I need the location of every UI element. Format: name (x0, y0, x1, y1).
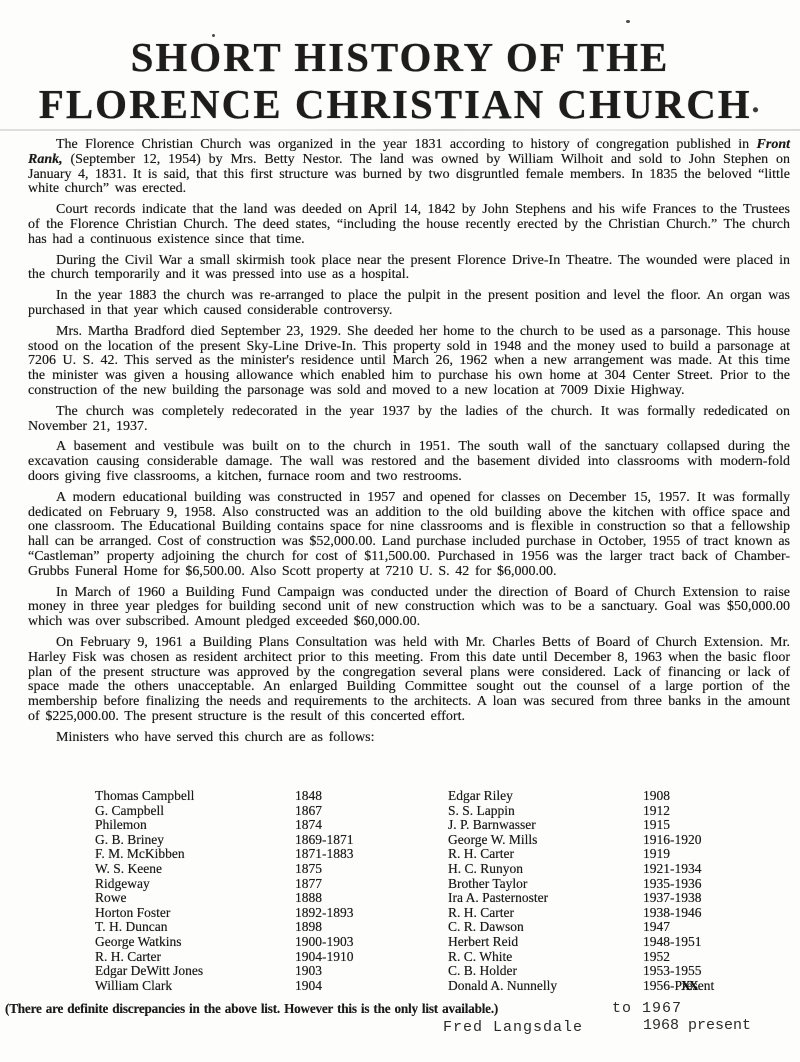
history-text: The Florence Christian Church was organi… (28, 138, 790, 747)
minister-name: R. H. Carter (95, 950, 295, 965)
title-line-2-text: FLORENCE CHRISTIAN CHURCH (39, 81, 752, 127)
minister-name: G. B. Briney (95, 833, 295, 848)
typed-addendum-years: 1968 present (643, 1017, 751, 1034)
minister-name: Horton Foster (95, 906, 295, 921)
minister-years: 1947 (643, 920, 795, 935)
paragraph-1-end: (September 12, 1954) by Mrs. Betty Nesto… (28, 152, 790, 197)
minister-years: 1898 (295, 920, 448, 935)
minister-name: S. S. Lappin (448, 804, 643, 819)
minister-years: 1904 (295, 979, 448, 994)
minister-name: R. C. White (448, 950, 643, 965)
minister-name: Ira A. Pasternoster (448, 891, 643, 906)
minister-row: F. M. McKibben1871-1883 (95, 847, 448, 862)
minister-years-overstruck: 1956-PresXXent (643, 979, 795, 994)
minister-name: George Watkins (95, 935, 295, 950)
minister-row: R. H. Carter1938-1946 (448, 906, 795, 921)
minister-row: G. Campbell1867 (95, 804, 448, 819)
paragraph-7: A basement and vestibule was built on to… (28, 440, 790, 484)
minister-years: 1948-1951 (643, 935, 795, 950)
minister-name: Rowe (95, 891, 295, 906)
footer: (There are definite discrepancies in the… (0, 999, 800, 1059)
paragraph-10: On February 9, 1961 a Building Plans Con… (28, 636, 790, 725)
typed-addendum-to-1967: to 1967 (612, 1000, 682, 1017)
minister-name: T. H. Duncan (95, 920, 295, 935)
minister-row: R. H. Carter1919 (448, 847, 795, 862)
paragraph-8: A modern educational building was constr… (28, 491, 790, 580)
minister-row: Rowe1888 (95, 891, 448, 906)
document-page: SHORT HISTORY OF THE FLORENCE CHRISTIAN … (0, 0, 800, 1062)
minister-name: Edgar DeWitt Jones (95, 964, 295, 979)
minister-row: J. P. Barnwasser1915 (448, 818, 795, 833)
minister-name: J. P. Barnwasser (448, 818, 643, 833)
minister-years: 1921-1934 (643, 862, 795, 877)
minister-name: G. Campbell (95, 804, 295, 819)
minister-years: 1908 (643, 789, 795, 804)
minister-row: H. C. Runyon1921-1934 (448, 862, 795, 877)
minister-row: G. B. Briney1869-1871 (95, 833, 448, 848)
scan-speck (626, 20, 630, 23)
paragraph-6: The church was completely redecorated in… (28, 405, 790, 435)
paragraph-9: In March of 1960 a Building Fund Campaig… (28, 586, 790, 630)
minister-name: C. R. Dawson (448, 920, 643, 935)
paragraph-2: Court records indicate that the land was… (28, 203, 790, 247)
minister-name: Philemon (95, 818, 295, 833)
minister-years: 1877 (295, 877, 448, 892)
ministers-intro: Ministers who have served this church ar… (28, 731, 790, 746)
clipping-edge-line (0, 129, 800, 131)
minister-name: R. H. Carter (448, 906, 643, 921)
minister-row: T. H. Duncan1898 (95, 920, 448, 935)
year-suffix: ent (698, 978, 715, 993)
minister-years: 1952 (643, 950, 795, 965)
year-prefix: 1956-P (643, 978, 682, 993)
minister-name: Donald A. Nunnelly (448, 979, 643, 994)
minister-years: 1848 (295, 789, 448, 804)
minister-years: 1874 (295, 818, 448, 833)
minister-row: Edgar DeWitt Jones1903 (95, 964, 448, 979)
minister-years: 1892-1893 (295, 906, 448, 921)
minister-years: 1916-1920 (643, 833, 795, 848)
typed-addendum-minister-name: Fred Langsdale (443, 1019, 583, 1036)
overtyped-x-marks: XX (681, 979, 697, 994)
scan-speck (212, 34, 215, 37)
minister-row: Herbert Reid1948-1951 (448, 935, 795, 950)
ministers-column-left: Thomas Campbell1848 G. Campbell1867 Phil… (95, 789, 448, 993)
minister-years: 1937-1938 (643, 891, 795, 906)
minister-years: 1875 (295, 862, 448, 877)
discrepancy-note: (There are definite discrepancies in the… (5, 1001, 498, 1017)
minister-row: Ira A. Pasternoster1937-1938 (448, 891, 795, 906)
minister-years: 1938-1946 (643, 906, 795, 921)
minister-years: 1900-1903 (295, 935, 448, 950)
minister-years: 1869-1871 (295, 833, 448, 848)
minister-row: C. B. Holder1953-1955 (448, 964, 795, 979)
minister-years: 1867 (295, 804, 448, 819)
overstrike-correction: resXX (682, 979, 698, 994)
minister-name: Brother Taylor (448, 877, 643, 892)
title-period: . (752, 86, 762, 119)
minister-row: Horton Foster1892-1893 (95, 906, 448, 921)
minister-years: 1903 (295, 964, 448, 979)
minister-years: 1912 (643, 804, 795, 819)
ministers-list: Thomas Campbell1848 G. Campbell1867 Phil… (95, 789, 795, 993)
paragraph-1: The Florence Christian Church was organi… (28, 138, 790, 197)
paragraph-3: During the Civil War a small skirmish to… (28, 254, 790, 284)
minister-row: Brother Taylor1935-1936 (448, 877, 795, 892)
minister-years: 1919 (643, 847, 795, 862)
minister-row: R. H. Carter1904-1910 (95, 950, 448, 965)
title-line-2: FLORENCE CHRISTIAN CHURCH. (0, 80, 800, 127)
minister-row-current: Donald A. Nunnelly1956-PresXXent (448, 979, 795, 994)
minister-row: Thomas Campbell1848 (95, 789, 448, 804)
minister-name: Thomas Campbell (95, 789, 295, 804)
minister-row: C. R. Dawson1947 (448, 920, 795, 935)
paragraph-5: Mrs. Martha Bradford died September 23, … (28, 325, 790, 399)
minister-name: W. S. Keene (95, 862, 295, 877)
page-title: SHORT HISTORY OF THE FLORENCE CHRISTIAN … (0, 0, 800, 127)
minister-name: William Clark (95, 979, 295, 994)
minister-name: George W. Mills (448, 833, 643, 848)
minister-name: R. H. Carter (448, 847, 643, 862)
ministers-column-right: Edgar Riley1908 S. S. Lappin1912 J. P. B… (448, 789, 795, 993)
minister-row: Philemon1874 (95, 818, 448, 833)
minister-name: C. B. Holder (448, 964, 643, 979)
minister-years: 1915 (643, 818, 795, 833)
minister-row: Ridgeway1877 (95, 877, 448, 892)
minister-row: Edgar Riley1908 (448, 789, 795, 804)
minister-name: Edgar Riley (448, 789, 643, 804)
minister-row: William Clark1904 (95, 979, 448, 994)
paragraph-4: In the year 1883 the church was re-arran… (28, 289, 790, 319)
title-line-1: SHORT HISTORY OF THE (0, 34, 800, 80)
minister-name: H. C. Runyon (448, 862, 643, 877)
minister-row: S. S. Lappin1912 (448, 804, 795, 819)
minister-row: George Watkins1900-1903 (95, 935, 448, 950)
minister-name: Herbert Reid (448, 935, 643, 950)
minister-name: Ridgeway (95, 877, 295, 892)
minister-years: 1953-1955 (643, 964, 795, 979)
minister-row: George W. Mills1916-1920 (448, 833, 795, 848)
minister-row: R. C. White1952 (448, 950, 795, 965)
minister-years: 1871-1883 (295, 847, 448, 862)
paragraph-1-start: The Florence Christian Church was organi… (56, 137, 757, 152)
minister-name: F. M. McKibben (95, 847, 295, 862)
minister-years: 1935-1936 (643, 877, 795, 892)
minister-years: 1904-1910 (295, 950, 448, 965)
minister-years: 1888 (295, 891, 448, 906)
minister-row: W. S. Keene1875 (95, 862, 448, 877)
